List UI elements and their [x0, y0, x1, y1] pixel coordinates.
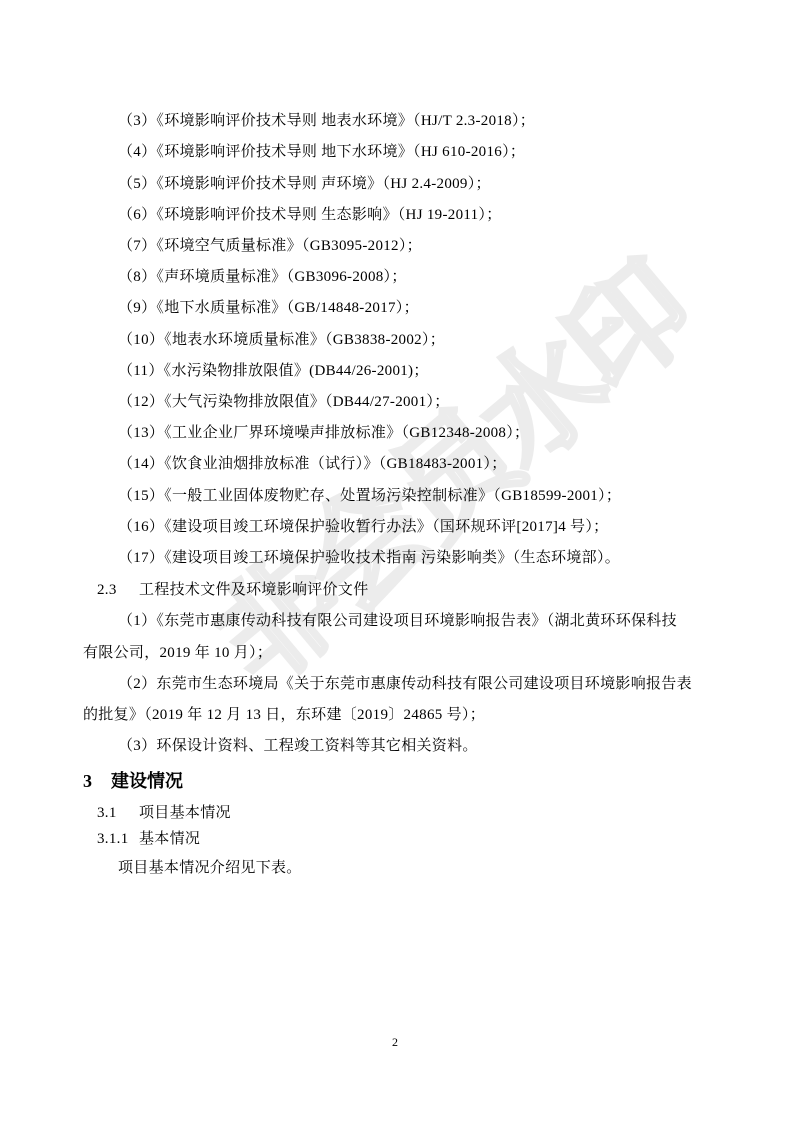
reference-number: （10） [118, 332, 164, 348]
reference-item: （7）《环境空气质量标准》（GB3095-2012）； [118, 236, 422, 256]
section-number: 2.3 [97, 580, 139, 600]
reference-item: （8）《声环境质量标准》（GB3096-2008）； [118, 267, 407, 287]
reference-text: 《环境影响评价技术导则 生态影响》（HJ 19-2011）； [156, 207, 501, 223]
section-title: 基本情况 [139, 831, 200, 847]
section-number: 3.1.1 [97, 829, 139, 849]
reference-text: 《大气污染物排放限值》（DB44/27-2001）； [164, 394, 449, 410]
reference-item: （5）《环境影响评价技术导则 声环境》（HJ 2.4-2009）； [118, 174, 491, 194]
reference-number: （5） [118, 176, 156, 192]
reference-number: （16） [118, 519, 164, 535]
reference-number: （15） [118, 488, 164, 504]
reference-text: 《建设项目竣工环境保护验收暂行办法》（国环规环评[2017]4 号）； [164, 519, 608, 535]
reference-number: （13） [118, 425, 164, 441]
reference-text: 《工业企业厂界环境噪声排放标准》（GB12348-2008）； [164, 425, 529, 441]
reference-item: （11）《水污染物排放限值》(DB44/26-2001)； [118, 361, 429, 381]
reference-number: （17） [118, 550, 164, 566]
reference-number: （6） [118, 207, 156, 223]
section-heading-3-1-1: 3.1.1基本情况 [97, 829, 200, 849]
intro-paragraph: 项目基本情况介绍见下表。 [118, 858, 302, 878]
reference-text: 《环境影响评价技术导则 声环境》（HJ 2.4-2009）； [156, 176, 490, 192]
reference-text: 《建设项目竣工环境保护验收技术指南 污染影响类》（生态环境部）。 [164, 550, 620, 566]
reference-number: （14） [118, 456, 164, 472]
reference-text: 《饮食业油烟排放标准（试行）》（GB18483-2001）； [164, 456, 506, 472]
section-title: 项目基本情况 [139, 805, 231, 821]
reference-number: （11） [118, 363, 164, 379]
reference-number: （7） [118, 238, 156, 254]
reference-item: （3）《环境影响评价技术导则 地表水环境》（HJ/T 2.3-2018）； [118, 111, 535, 131]
reference-number: （4） [118, 144, 156, 160]
reference-item: （16）《建设项目竣工环境保护验收暂行办法》（国环规环评[2017]4 号）； [118, 517, 608, 537]
reference-item: （15）《一般工业固体废物贮存、处置场污染控制标准》（GB18599-2001）… [118, 486, 621, 506]
reference-text: 《水污染物排放限值》(DB44/26-2001)； [164, 363, 429, 379]
document-item-line: 有限公司，2019 年 10 月）； [83, 643, 272, 663]
section-heading-3-1: 3.1项目基本情况 [97, 803, 231, 823]
reference-item: （6）《环境影响评价技术导则 生态影响》（HJ 19-2011）； [118, 205, 502, 225]
section-heading-2-3: 2.3工程技术文件及环境影响评价文件 [97, 580, 369, 600]
reference-text: 《环境影响评价技术导则 地下水环境》（HJ 610-2016）； [156, 144, 525, 160]
document-item-line: （1）《东莞市惠康传动科技有限公司建设项目环境影响报告表》（湖北黄环环保科技 [118, 611, 677, 631]
document-item-line: 的批复》（2019 年 12 月 13 日，东环建〔2019〕24865 号）； [83, 705, 485, 725]
reference-item: （13）《工业企业厂界环境噪声排放标准》（GB12348-2008）； [118, 423, 529, 443]
reference-text: 《环境空气质量标准》（GB3095-2012）； [156, 238, 422, 254]
reference-item: （10）《地表水环境质量标准》（GB3838-2002）； [118, 330, 445, 350]
reference-item: （9）《地下水质量标准》（GB/14848-2017）； [118, 298, 419, 318]
reference-text: 《地下水质量标准》（GB/14848-2017）； [156, 300, 419, 316]
document-item-line: （3）环保设计资料、工程竣工资料等其它相关资料。 [118, 736, 478, 756]
reference-number: （3） [118, 113, 156, 129]
reference-text: 《地表水环境质量标准》（GB3838-2002）； [164, 332, 445, 348]
section-heading-3: 3建设情况 [83, 770, 183, 792]
watermark: 非会员水印 [158, 208, 741, 752]
reference-item: （14）《饮食业油烟排放标准（试行）》（GB18483-2001）； [118, 454, 507, 474]
section-title: 工程技术文件及环境影响评价文件 [139, 582, 369, 598]
document-page: 非会员水印 （3）《环境影响评价技术导则 地表水环境》（HJ/T 2.3-201… [0, 0, 793, 1122]
section-number: 3.1 [97, 803, 139, 823]
document-item-line: （2）东莞市生态环境局《关于东莞市惠康传动科技有限公司建设项目环境影响报告表 [118, 674, 692, 694]
reference-text: 《声环境质量标准》（GB3096-2008）； [156, 269, 406, 285]
page-number: 2 [392, 1035, 398, 1049]
reference-number: （8） [118, 269, 156, 285]
section-title: 建设情况 [111, 771, 183, 791]
reference-number: （9） [118, 300, 156, 316]
section-number: 3 [83, 770, 111, 792]
reference-item: （4）《环境影响评价技术导则 地下水环境》（HJ 610-2016）； [118, 142, 525, 162]
reference-item: （17）《建设项目竣工环境保护验收技术指南 污染影响类》（生态环境部）。 [118, 548, 620, 568]
reference-text: 《一般工业固体废物贮存、处置场污染控制标准》（GB18599-2001）； [164, 488, 621, 504]
reference-item: （12）《大气污染物排放限值》（DB44/27-2001）； [118, 392, 450, 412]
reference-number: （12） [118, 394, 164, 410]
reference-text: 《环境影响评价技术导则 地表水环境》（HJ/T 2.3-2018）； [156, 113, 535, 129]
